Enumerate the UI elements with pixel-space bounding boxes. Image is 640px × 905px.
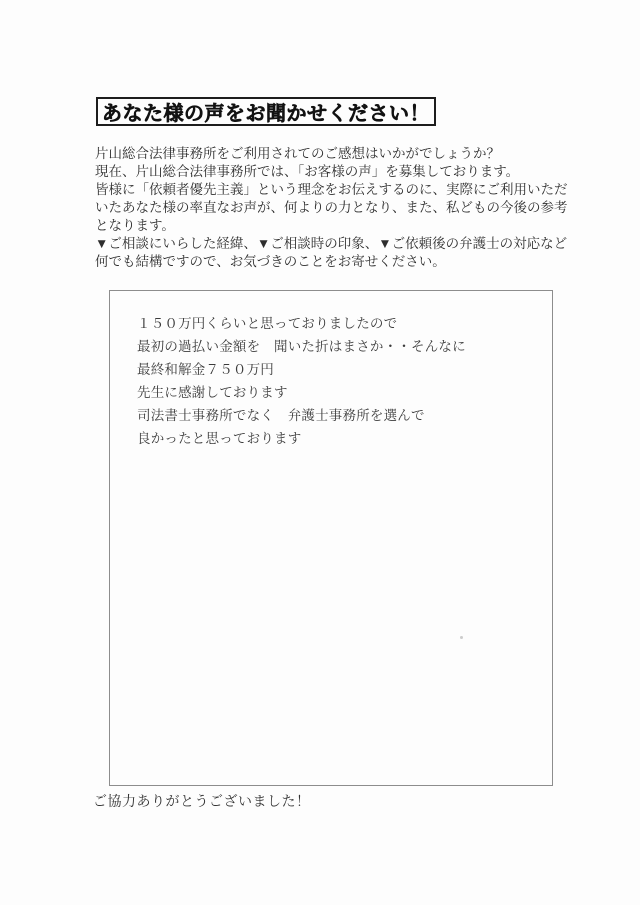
scan-speck [460,636,463,639]
closing-text: ご協力ありがとうございました！ [93,791,311,811]
comment-box: １５０万円くらいと思っておりましたので 最初の過払い金額を 聞いた折はまさか・・… [109,290,553,786]
intro-text: 片山総合法律事務所をご利用されてのご感想はいかがでしょうか？ 現在、片山総合法律… [95,145,581,271]
scanned-feedback-page: あなた様の声をお聞かせください！ 片山総合法律事務所をご利用されてのご感想はいか… [0,0,640,905]
comment-text: １５０万円くらいと思っておりましたので 最初の過払い金額を 聞いた折はまさか・・… [137,312,527,450]
title-banner: あなた様の声をお聞かせください！ [96,97,436,126]
page-title: あなた様の声をお聞かせください！ [102,97,430,126]
